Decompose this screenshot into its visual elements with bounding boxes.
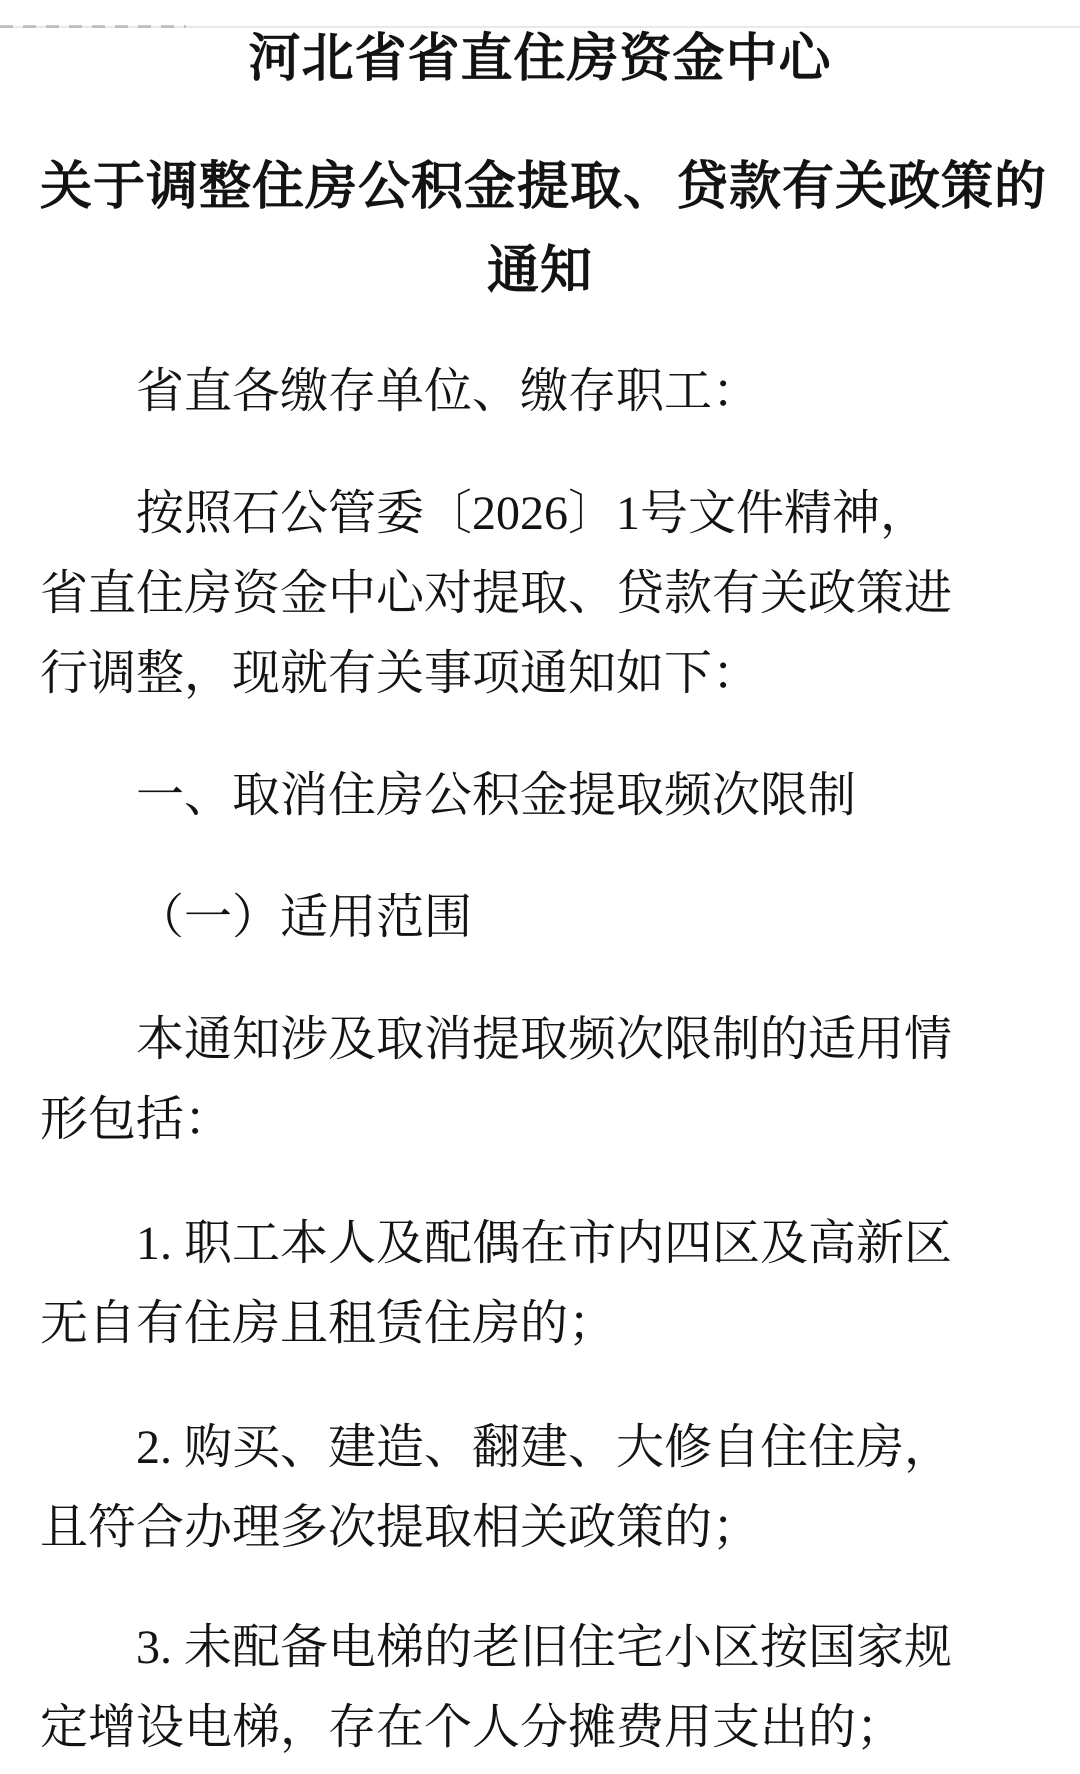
list-item-2-line: 2. 购买、建造、翻建、大修自住住房，: [40, 1408, 1040, 1488]
intro-paragraph-line: 按照石公管委〔2026〕1号文件精神，: [40, 474, 1040, 554]
intro-paragraph-line: 省直住房资金中心对提取、贷款有关政策进: [40, 554, 1040, 634]
section-heading: 一、取消住房公积金提取频次限制: [40, 756, 1040, 836]
scope-paragraph-line: 形包括：: [40, 1080, 1040, 1160]
document-subject-title-line1: 关于调整住房公积金提取、贷款有关政策的: [40, 158, 1040, 218]
subsection-heading: （一）适用范围: [40, 878, 1040, 958]
salutation-line: 省直各缴存单位、缴存职工：: [40, 352, 1040, 432]
intro-paragraph-line: 行调整，现就有关事项通知如下：: [40, 634, 1040, 714]
document-org-title: 河北省省直住房资金中心: [40, 32, 1040, 88]
document-page: 河北省省直住房资金中心 关于调整住房公积金提取、贷款有关政策的 通知 省直各缴存…: [0, 0, 1080, 1774]
document-subject-title-line2: 通知: [40, 242, 1040, 302]
document-body: 河北省省直住房资金中心 关于调整住房公积金提取、贷款有关政策的 通知 省直各缴存…: [0, 32, 1080, 1768]
list-item-3-line: 3. 未配备电梯的老旧住宅小区按国家规: [40, 1608, 1040, 1688]
list-item-3-line: 定增设电梯，存在个人分摊费用支出的；: [40, 1688, 1040, 1768]
page-top-divider-dashes: [0, 25, 186, 28]
list-item-1-line: 无自有住房且租赁住房的；: [40, 1284, 1040, 1364]
list-item-2-line: 且符合办理多次提取相关政策的；: [40, 1488, 1040, 1568]
scope-paragraph-line: 本通知涉及取消提取频次限制的适用情: [40, 1000, 1040, 1080]
list-item-1-line: 1. 职工本人及配偶在市内四区及高新区: [40, 1204, 1040, 1284]
